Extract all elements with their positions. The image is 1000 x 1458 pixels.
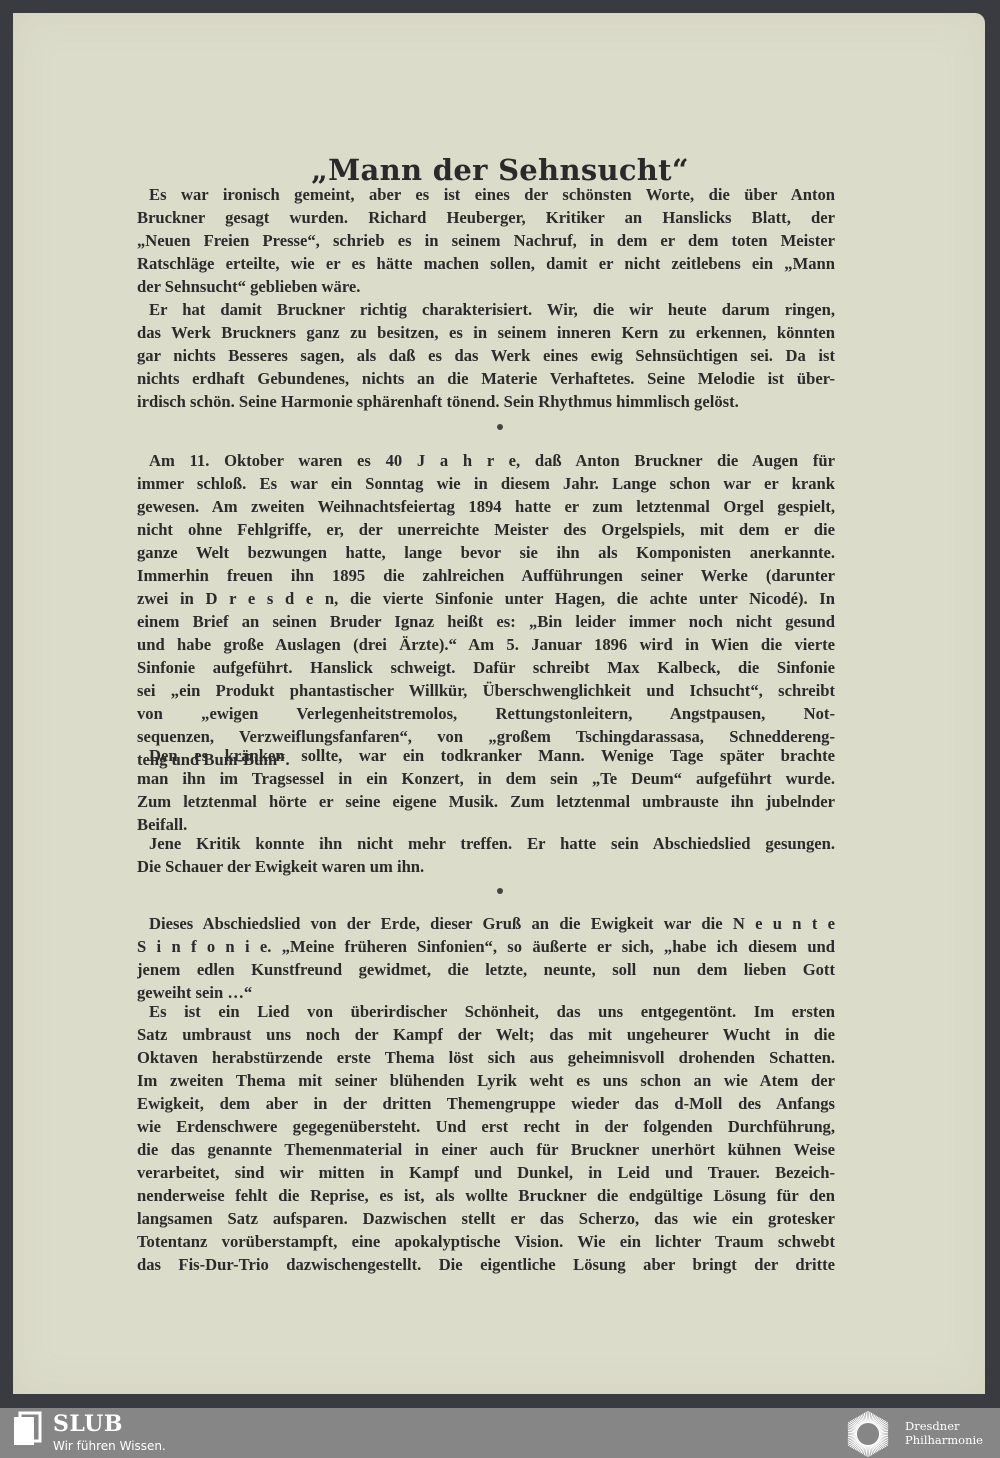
- paragraph: Er hat damit Bruckner richtig charakteri…: [137, 298, 835, 413]
- text-line: Ewigkeit, dem aber in der dritten Themen…: [137, 1092, 835, 1115]
- text-line: Bruckner gesagt wurden. Richard Heuberge…: [137, 206, 835, 229]
- text-line: Dieses Abschiedslied von der Erde, diese…: [137, 912, 835, 935]
- text-line: Am 11. Oktober waren es 40 J a h r e, da…: [137, 449, 835, 472]
- text-line: Jene Kritik konnte ihn nicht mehr treffe…: [137, 832, 835, 855]
- text-line: einem Brief an seinen Bruder Ignaz heißt…: [137, 610, 835, 633]
- slub-logo-text: SLUB: [53, 1411, 123, 1437]
- text-line: Oktaven herabstürzende erste Thema löst …: [137, 1046, 835, 1069]
- text-line: und habe große Auslagen (drei Ärzte).“ A…: [137, 633, 835, 656]
- slub-tagline: Wir führen Wissen.: [53, 1439, 166, 1453]
- text-line: nicht ohne Fehlgriffe, er, der unerreich…: [137, 518, 835, 541]
- philharmonie-name-line2: Philharmonie: [905, 1433, 983, 1447]
- text-line: der Sehnsucht“ geblieben wäre.: [137, 275, 835, 298]
- sunburst-icon: [841, 1410, 895, 1458]
- text-line: das Werk Bruckners ganz zu besitzen, es …: [137, 321, 835, 344]
- text-line: die das genannte Themenmaterial in einer…: [137, 1138, 835, 1161]
- text-line: S i n f o n i e. „Meine früheren Sinfoni…: [137, 935, 835, 958]
- text-line: gewesen. Am zweiten Weihnachtsfeiertag 1…: [137, 495, 835, 518]
- text-line: langsamen Satz aufsparen. Dazwischen ste…: [137, 1207, 835, 1230]
- text-line: sei „ein Produkt phantastischer Willkür,…: [137, 679, 835, 702]
- paragraph: Den es kränken sollte, war ein todkranke…: [137, 744, 835, 836]
- text-line: Satz umbraust uns noch der Kampf der Wel…: [137, 1023, 835, 1046]
- text-line: nichts erdhaft Gebundenes, nichts an die…: [137, 367, 835, 390]
- text-line: „Neuen Freien Presse“, schrieb es in sei…: [137, 229, 835, 252]
- text-line: Sinfonie aufgeführt. Hanslick schweigt. …: [137, 656, 835, 679]
- philharmonie-name-line1: Dresdner: [905, 1419, 983, 1433]
- footer-bar: SLUB Wir führen Wissen. Dresdner Philhar…: [0, 1408, 1000, 1458]
- text-line: man ihn im Tragsessel in ein Konzert, in…: [137, 767, 835, 790]
- text-line: Immerhin freuen ihn 1895 die zahlreichen…: [137, 564, 835, 587]
- text-line: verarbeitet, sind wir mitten in Kampf un…: [137, 1161, 835, 1184]
- philharmonie-logo-text: Dresdner Philharmonie: [905, 1419, 983, 1447]
- text-line: von „ewigen Verlegenheitstremolos, Rettu…: [137, 702, 835, 725]
- text-line: immer schloß. Es war ein Sonntag wie in …: [137, 472, 835, 495]
- text-line: Den es kränken sollte, war ein todkranke…: [137, 744, 835, 767]
- text-line: Es war ironisch gemeint, aber es ist ein…: [137, 183, 835, 206]
- text-line: Totentanz vorüberstampft, eine apokalypt…: [137, 1230, 835, 1253]
- text-line: Im zweiten Thema mit seiner blühenden Ly…: [137, 1069, 835, 1092]
- text-line: Die Schauer der Ewigkeit waren um ihn.: [137, 855, 835, 878]
- text-line: gar nichts Besseres sagen, als daß es da…: [137, 344, 835, 367]
- paragraph: Es ist ein Lied von überirdischer Schönh…: [137, 1000, 835, 1276]
- text-line: zwei in D r e s d e n, die vierte Sinfon…: [137, 587, 835, 610]
- text-line: jenem edlen Kunstfreund gewidmet, die le…: [137, 958, 835, 981]
- text-line: Zum letztenmal hörte er seine eigene Mus…: [137, 790, 835, 813]
- text-line: das Fis-Dur-Trio dazwischengestellt. Die…: [137, 1253, 835, 1276]
- paragraph: Es war ironisch gemeint, aber es ist ein…: [137, 183, 835, 298]
- text-line: Ratschläge erteilte, wie er es hätte mac…: [137, 252, 835, 275]
- paragraph: Dieses Abschiedslied von der Erde, diese…: [137, 912, 835, 1004]
- text-line: nenderweise fehlt die Reprise, es ist, a…: [137, 1184, 835, 1207]
- text-line: Es ist ein Lied von überirdischer Schönh…: [137, 1000, 835, 1023]
- text-line: Er hat damit Bruckner richtig charakteri…: [137, 298, 835, 321]
- book-icon: [14, 1411, 42, 1445]
- paragraph: Jene Kritik konnte ihn nicht mehr treffe…: [137, 832, 835, 878]
- text-line: wie Erdenschwere gegegenübersteht. Und e…: [137, 1115, 835, 1138]
- section-divider-dot: [497, 888, 503, 894]
- section-divider-dot: [497, 424, 503, 430]
- text-line: irdisch schön. Seine Harmonie sphärenhaf…: [137, 390, 835, 413]
- text-line: ganze Welt bezwungen hatte, lange bevor …: [137, 541, 835, 564]
- paragraph: Am 11. Oktober waren es 40 J a h r e, da…: [137, 449, 835, 771]
